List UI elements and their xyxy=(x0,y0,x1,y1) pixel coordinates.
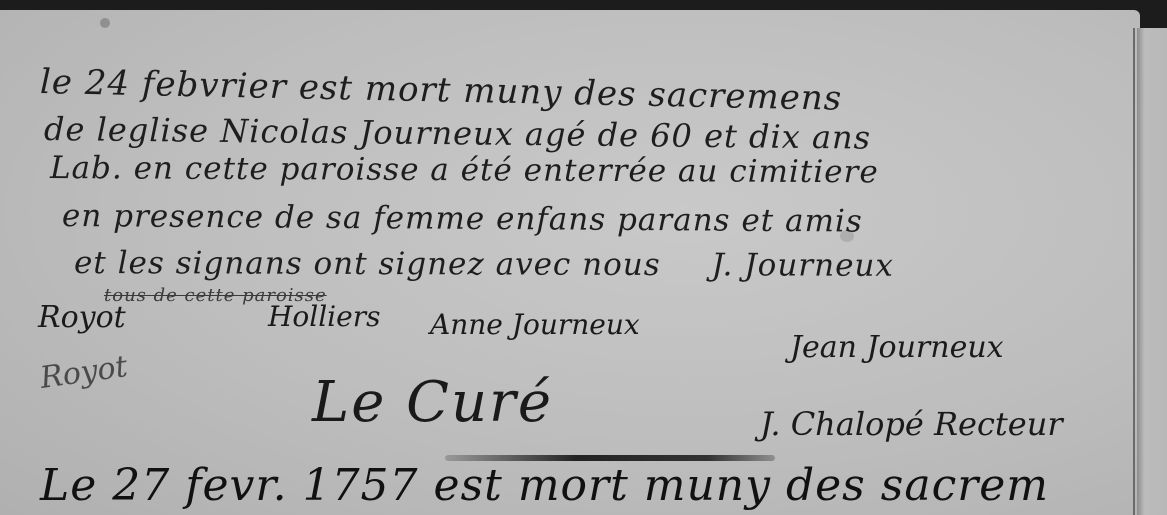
signature-jean-journeux: Jean Journeux xyxy=(790,330,1004,365)
entry1-line-3: Lab. en cette paroisse a été enterrée au… xyxy=(50,150,879,190)
adjacent-page-edge xyxy=(1137,28,1167,515)
signature-holliers: Holliers xyxy=(268,300,380,333)
scanned-register-page: le 24 febvrier est mort muny des sacreme… xyxy=(0,0,1167,515)
signature-royot: Royot xyxy=(38,300,126,335)
signature-j-journeux: J. Journeux xyxy=(711,247,893,284)
ink-blot xyxy=(100,18,110,28)
signature-anne-journeux: Anne Journeux xyxy=(430,308,640,341)
signature-priest: Le Curé xyxy=(312,370,553,435)
entry1-line-4: en presence de sa femme enfans parans et… xyxy=(62,198,863,240)
entry1-line-5: et les signans ont signez avec nous J. J… xyxy=(74,245,894,284)
entry1-line-5-text: et les signans ont signez avec nous xyxy=(74,245,661,283)
signature-chalope-recteur: J. Chalopé Recteur xyxy=(760,405,1063,443)
margin-rule xyxy=(1133,28,1135,515)
entry2-line-1: Le 27 fevr. 1757 est mort muny des sacre… xyxy=(40,460,1049,511)
